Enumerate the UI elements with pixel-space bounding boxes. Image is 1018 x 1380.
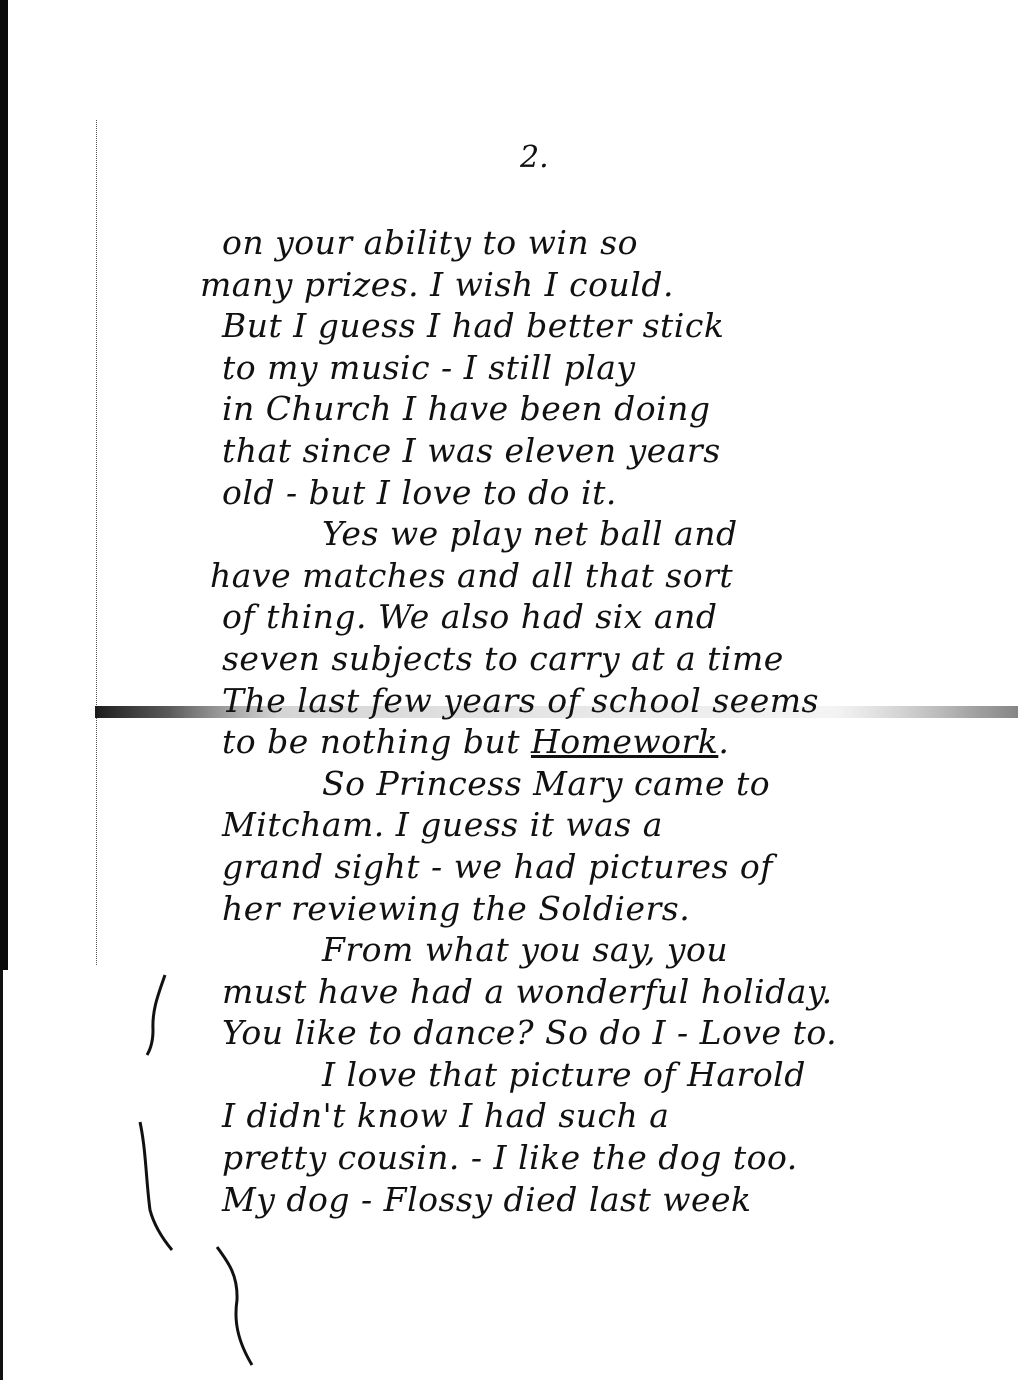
letter-page: 2. on your ability to win so many prizes…	[0, 0, 1018, 1380]
letter-line: on your ability to win so	[222, 222, 992, 264]
fold-crease-line	[96, 120, 98, 965]
letter-line: to my music - I still play	[222, 347, 992, 389]
letter-line: But I guess I had better stick	[222, 305, 992, 347]
letter-line: her reviewing the Soldiers.	[222, 888, 992, 930]
letter-line: Mitcham. I guess it was a	[222, 804, 992, 846]
letter-line: I love that picture of Harold	[222, 1054, 992, 1096]
letter-text: to be nothing but	[222, 722, 531, 761]
letter-line: From what you say, you	[222, 929, 992, 971]
letter-line: grand sight - we had pictures of	[222, 846, 992, 888]
letter-line: My dog - Flossy died last week	[222, 1179, 992, 1221]
letter-line: that since I was eleven years	[222, 430, 992, 472]
letter-line: I didn't know I had such a	[222, 1095, 992, 1137]
letter-line: to be nothing but Homework.	[222, 721, 992, 763]
letter-text: .	[718, 722, 729, 761]
letter-line: Yes we play net ball and	[222, 513, 992, 555]
scan-edge-shadow	[0, 0, 8, 970]
letter-line: The last few years of school seems	[222, 680, 992, 722]
page-number: 2.	[520, 140, 549, 175]
letter-line: old - but I love to do it.	[222, 472, 992, 514]
letter-line: seven subjects to carry at a time	[222, 638, 992, 680]
letter-line: pretty cousin. - I like the dog too.	[222, 1137, 992, 1179]
letter-line: have matches and all that sort	[210, 555, 992, 597]
letter-line: You like to dance? So do I - Love to.	[222, 1012, 992, 1054]
letter-line: must have had a wonderful holiday.	[222, 971, 992, 1013]
letter-body: on your ability to win so many prizes. I…	[222, 222, 992, 1220]
scan-edge-shadow-lower	[0, 970, 3, 1380]
letter-line: of thing. We also had six and	[222, 596, 992, 638]
letter-line: in Church I have been doing	[222, 388, 992, 430]
letter-line: So Princess Mary came to	[222, 763, 992, 805]
letter-line: many prizes. I wish I could.	[200, 264, 992, 306]
underlined-word: Homework	[531, 722, 718, 761]
